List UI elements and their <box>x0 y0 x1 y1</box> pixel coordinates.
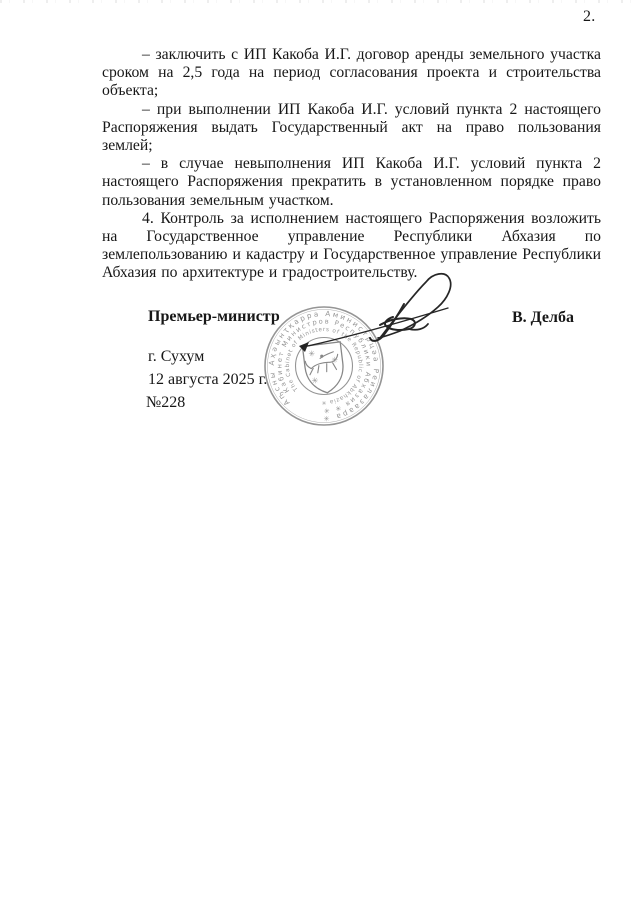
scan-artifact <box>0 0 640 3</box>
signature-city: г. Сухум <box>148 348 204 366</box>
paragraph: – при выполнении ИП Какоба И.Г. условий … <box>102 101 601 156</box>
page-number: 2. <box>583 8 596 26</box>
paragraph: – в случае невыполнения ИП Какоба И.Г. у… <box>102 155 601 210</box>
body-text: – заключить с ИП Какоба И.Г. договор аре… <box>102 46 601 283</box>
svg-text:✳: ✳ <box>311 376 319 386</box>
paragraph: – заключить с ИП Какоба И.Г. договор аре… <box>102 46 601 101</box>
document-page: 2. – заключить с ИП Какоба И.Г. договор … <box>0 0 640 905</box>
handwritten-signature <box>270 262 470 362</box>
signer-name: В. Делба <box>512 309 574 327</box>
document-number: №228 <box>146 394 185 412</box>
